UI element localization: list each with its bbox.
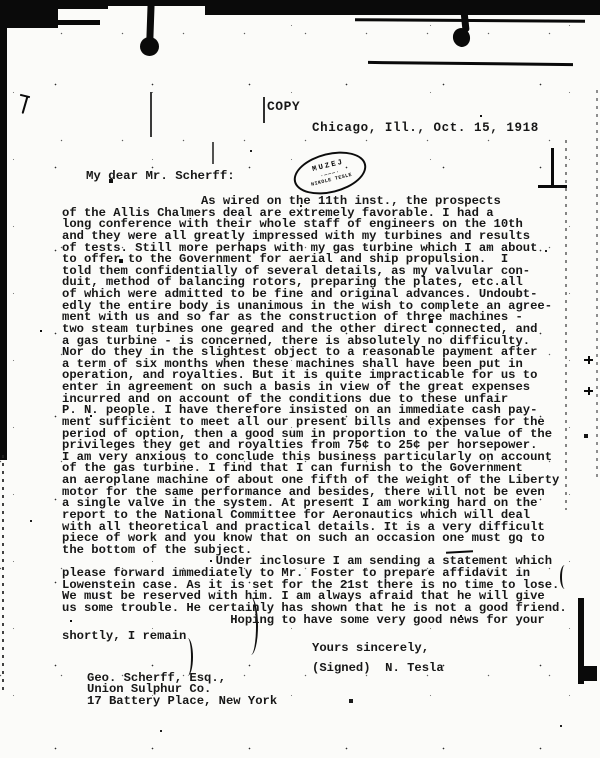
scan-edge-right (596, 90, 598, 480)
dateline: Chicago, Ill., Oct. 15, 1918 (312, 121, 539, 135)
scan-edge-left-streak (2, 455, 4, 690)
scanned-letter-page: COPY Chicago, Ill., Oct. 15, 1918 My dea… (0, 0, 600, 758)
shortly-line: shortly, I remain (62, 629, 186, 643)
right-bottom-square (584, 666, 597, 681)
scan-corner-step (0, 0, 108, 9)
copy-label: COPY (267, 99, 300, 114)
header-streak-1 (150, 92, 152, 137)
bracket-mark-horizontal (538, 185, 567, 188)
paper-speckles (0, 0, 2, 2)
pen-mark-artifact-tail (22, 96, 29, 114)
plus-mark-2-v (588, 387, 590, 395)
letter-body: As wired on the 11th inst., the prospect… (62, 196, 567, 626)
header-streak-2 (263, 97, 265, 123)
scan-streak-right (368, 61, 573, 66)
scan-edge-top-right (205, 2, 600, 15)
scan-edge-left (0, 0, 7, 460)
bracket-mark-vertical (551, 148, 554, 188)
binder-pin-left-head (140, 37, 159, 56)
salutation: My dear Mr. Scherff: (86, 169, 235, 183)
header-streak-3 (212, 142, 214, 164)
signature: (Signed) N. Tesla (312, 661, 444, 675)
scan-streak-top-right (355, 18, 585, 23)
scan-corner-streak (18, 20, 100, 25)
recipient-address: Geo. Scherff, Esq., Union Sulphur Co. 17… (87, 673, 277, 707)
museum-stamp: MUZEJ ·———· NIKOLE TESLE (289, 145, 370, 202)
plus-mark-1-v (588, 356, 590, 364)
closing: Yours sincerely, (312, 641, 429, 655)
binder-pin-left-stem (146, 0, 154, 42)
